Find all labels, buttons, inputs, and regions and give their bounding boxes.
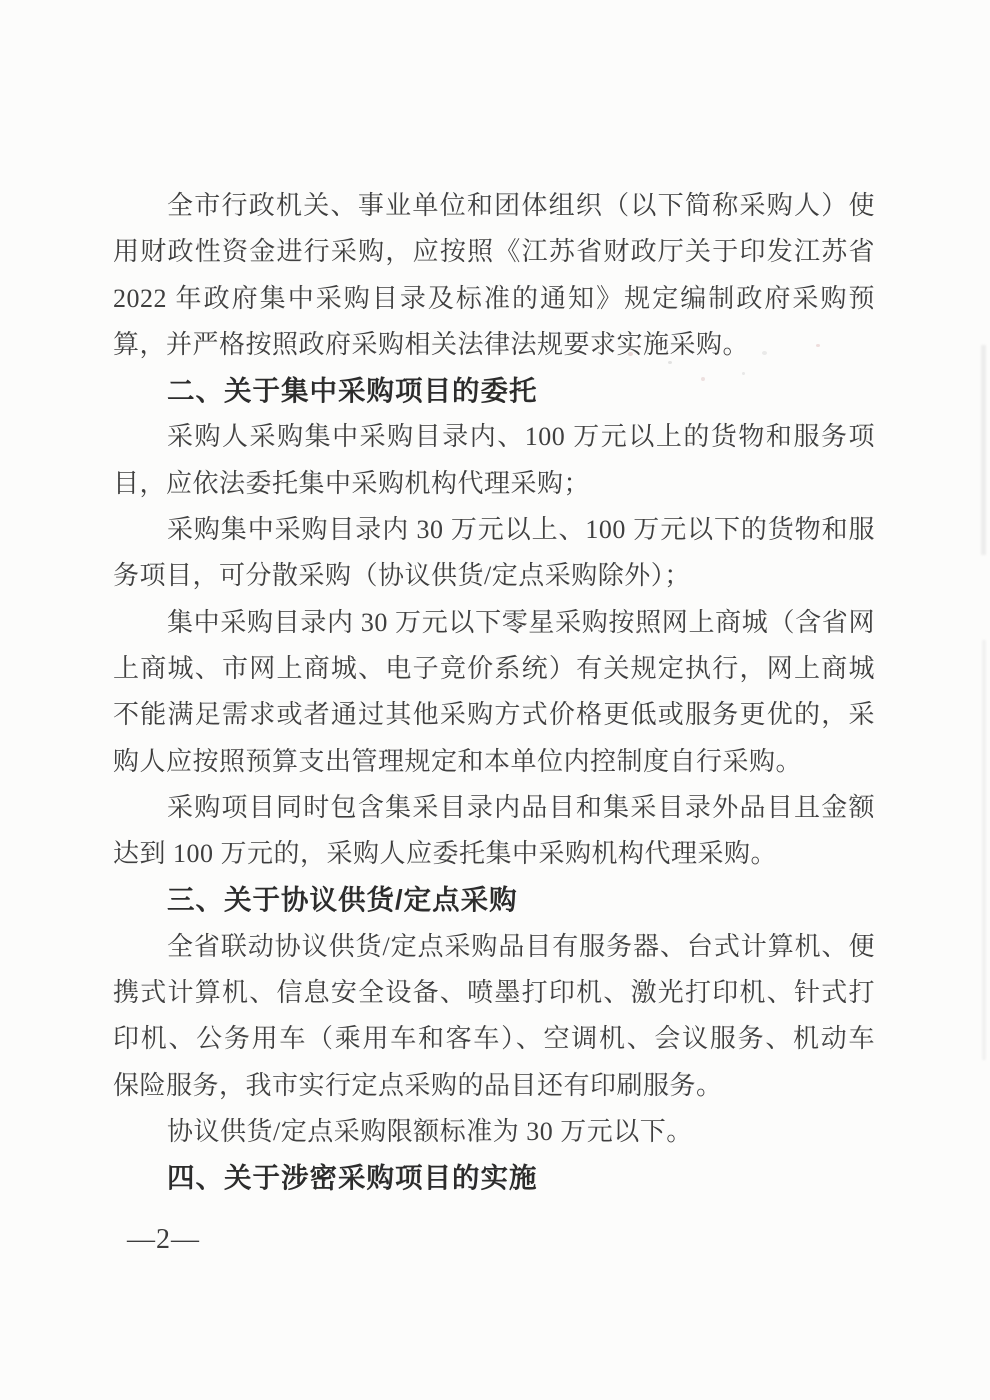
scan-edge-shadow (981, 345, 986, 555)
body-line: 算，并严格按照政府采购相关法律法规要求实施采购。 (113, 322, 875, 368)
body-line: 全省联动协议供货/定点采购品目有服务器、台式计算机、便 (113, 924, 875, 970)
section-heading-3: 三、关于协议供货/定点采购 (113, 877, 875, 923)
scan-speckle (636, 630, 640, 633)
scan-speckle (742, 372, 745, 375)
scan-speckle (668, 361, 672, 364)
body-line: 印机、公务用车（乘用车和客车）、空调机、会议服务、机动车 (113, 1016, 875, 1062)
body-line: 集中采购目录内 30 万元以下零星采购按照网上商城（含省网 (113, 600, 875, 646)
scan-speckle (701, 377, 705, 381)
scan-speckle (816, 344, 820, 347)
body-line: 采购集中采购目录内 30 万元以上、100 万元以下的货物和服 (113, 507, 875, 553)
body-line: 采购人采购集中采购目录内、100 万元以上的货物和服务项 (113, 414, 875, 460)
scan-speckle (864, 438, 868, 441)
scanned-document-page: 全市行政机关、事业单位和团体组织（以下简称采购人）使 用财政性资金进行采购，应按… (0, 0, 990, 1400)
body-line: 携式计算机、信息安全设备、喷墨打印机、激光打印机、针式打 (113, 970, 875, 1016)
body-line: 购人应按照预算支出管理规定和本单位内控制度自行采购。 (113, 739, 875, 785)
body-line: 用财政性资金进行采购，应按照《江苏省财政厅关于印发江苏省 (113, 229, 875, 275)
body-line: 协议供货/定点采购限额标准为 30 万元以下。 (113, 1109, 875, 1155)
body-line: 全市行政机关、事业单位和团体组织（以下简称采购人）使 (113, 183, 875, 229)
section-heading-2: 二、关于集中采购项目的委托 (113, 368, 875, 414)
section-heading-4: 四、关于涉密采购项目的实施 (113, 1155, 875, 1201)
body-line: 保险服务，我市实行定点采购的品目还有印刷服务。 (113, 1063, 875, 1109)
body-line: 务项目，可分散采购（协议供货/定点采购除外）； (113, 553, 875, 599)
scan-speckle (762, 351, 767, 355)
body-line: 不能满足需求或者通过其他采购方式价格更低或服务更优的，采 (113, 692, 875, 738)
scan-edge-shadow (982, 640, 986, 1060)
body-line: 2022 年政府集中采购目录及标准的通知》规定编制政府采购预 (113, 276, 875, 322)
body-line: 上商城、市网上商城、电子竞价系统）有关规定执行，网上商城 (113, 646, 875, 692)
body-line: 目，应依法委托集中采购机构代理采购； (113, 461, 875, 507)
body-line: 采购项目同时包含集采目录内品目和集采目录外品目且金额 (113, 785, 875, 831)
scan-speckle (628, 352, 633, 356)
page-number: —2— (127, 1224, 200, 1256)
body-line: 达到 100 万元的，采购人应委托集中采购机构代理采购。 (113, 831, 875, 877)
document-body: 全市行政机关、事业单位和团体组织（以下简称采购人）使 用财政性资金进行采购，应按… (113, 183, 875, 1202)
